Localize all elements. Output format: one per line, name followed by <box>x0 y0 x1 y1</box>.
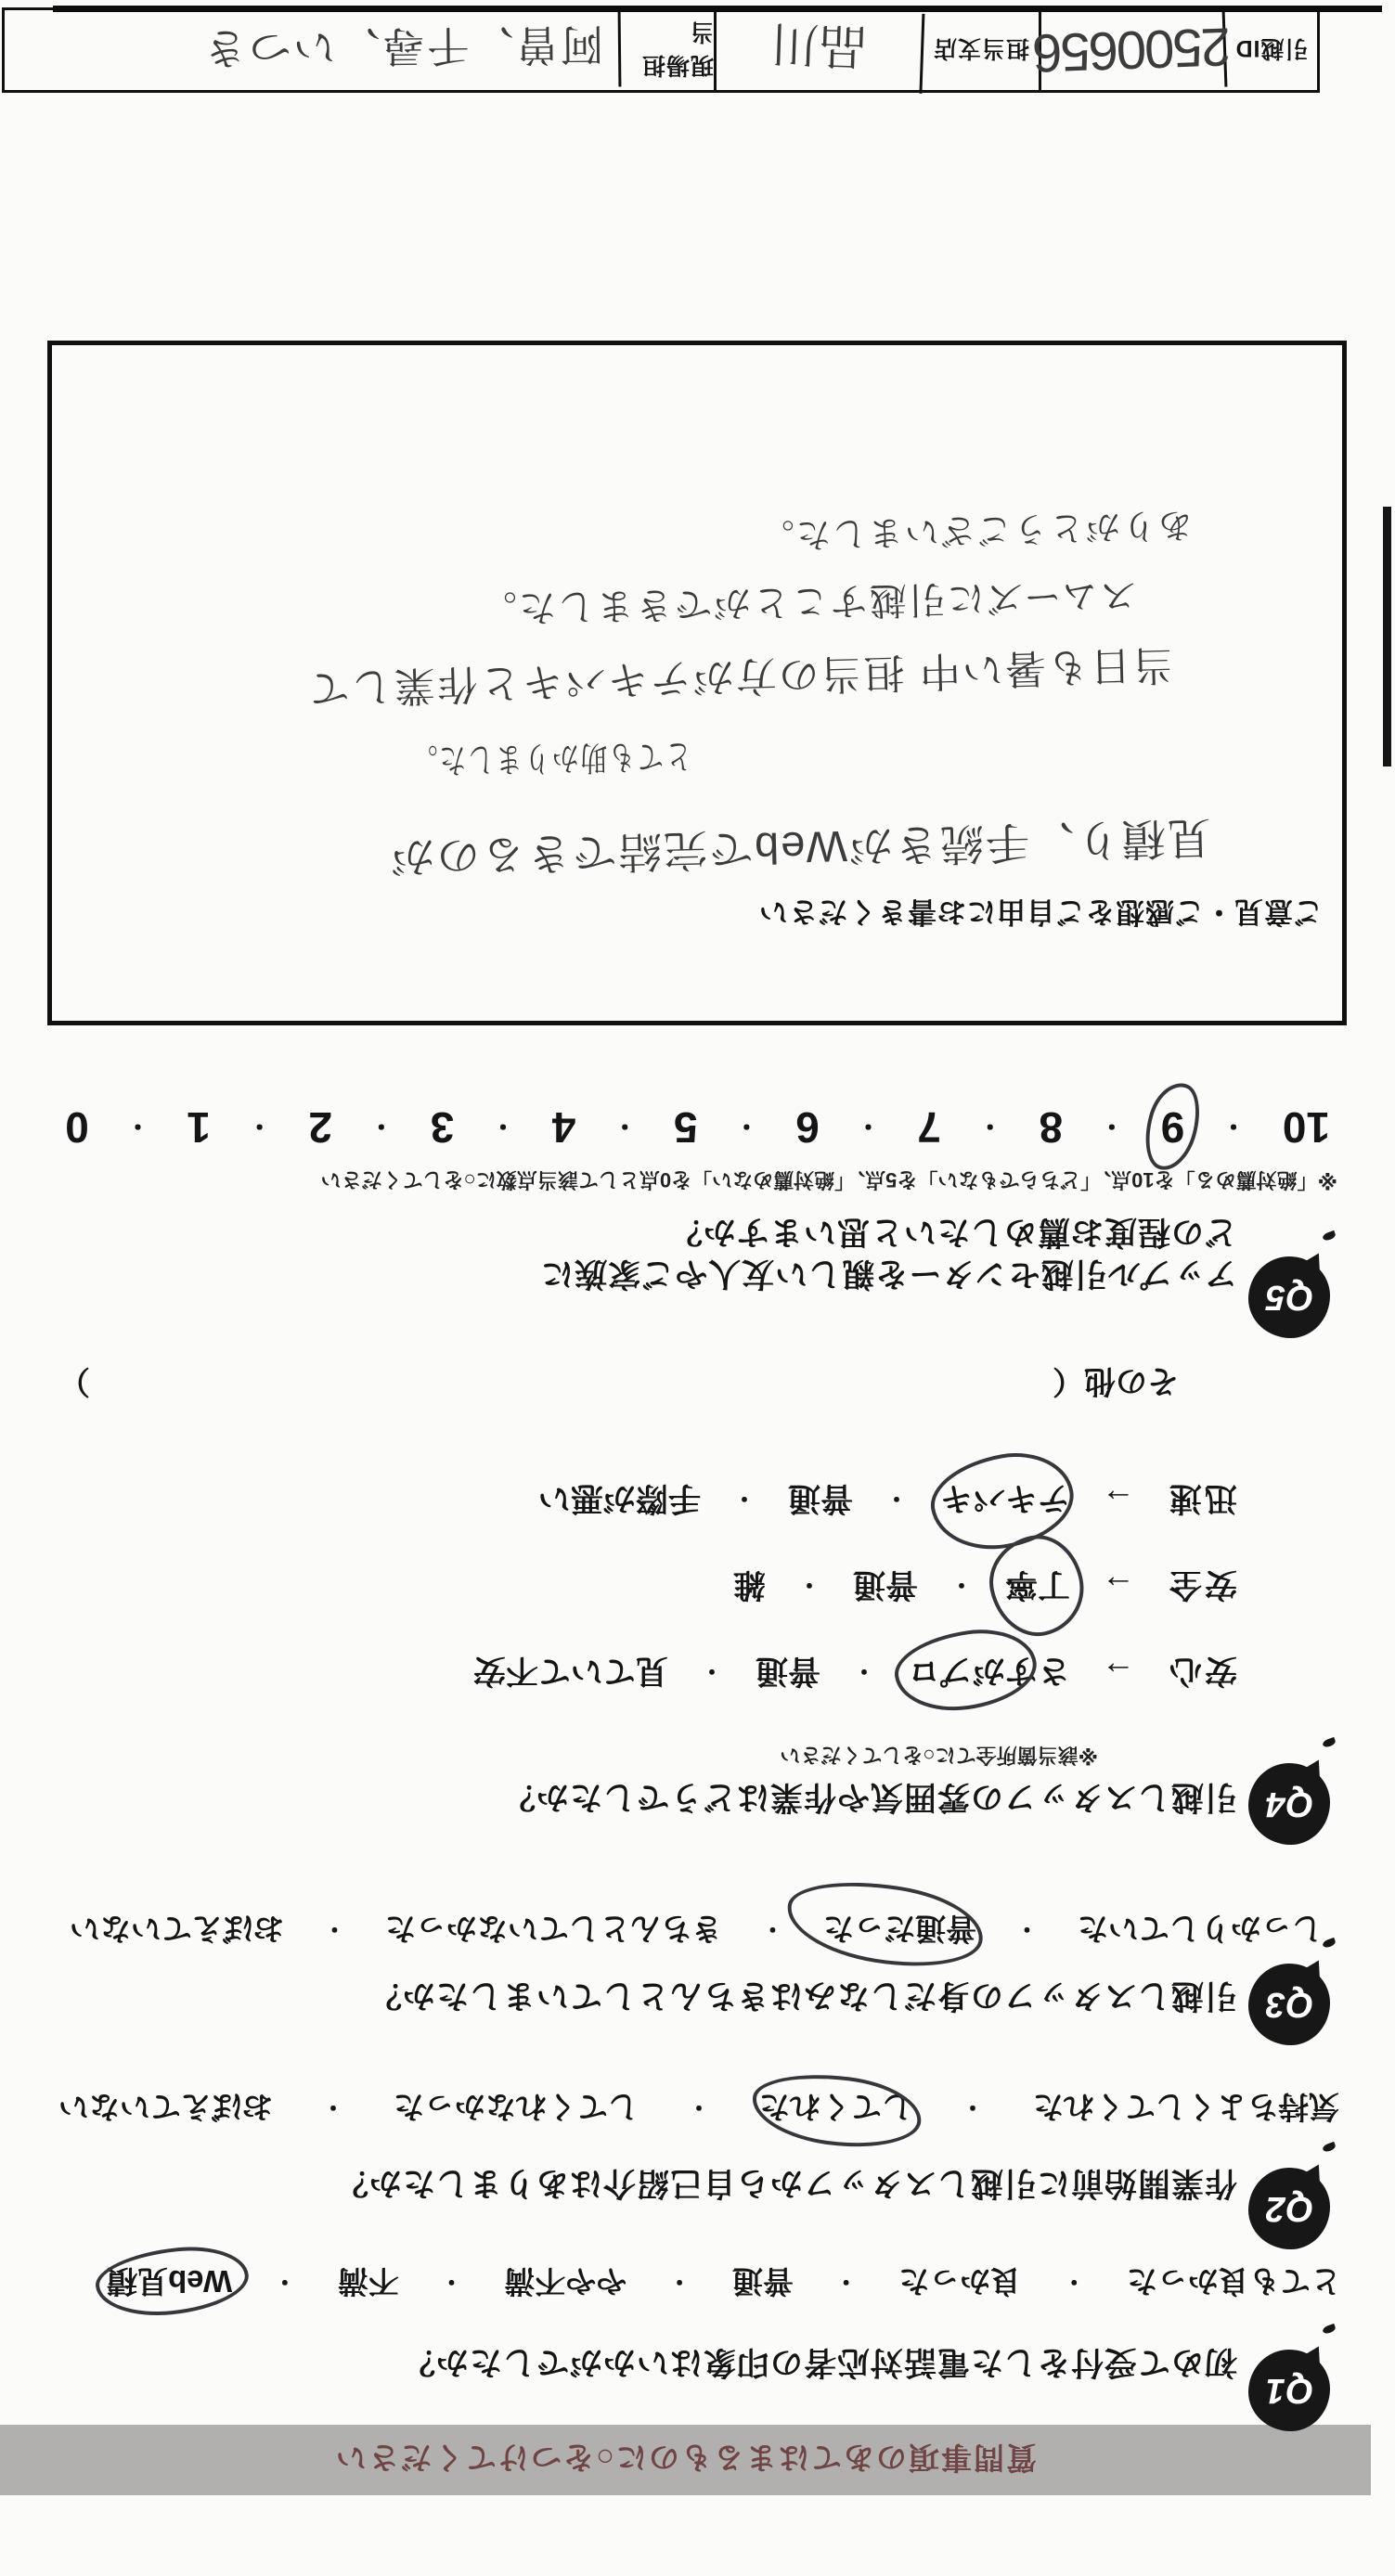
option-separator-icon: ・ <box>1099 1109 1125 1146</box>
option-separator-icon: ・ <box>321 2092 345 2126</box>
branch-label-cell: 担当支店 <box>924 10 1041 90</box>
scale-value: 1 <box>187 1102 211 1153</box>
option-separator-icon: ・ <box>733 1109 759 1146</box>
q4-row3-selected-option-circled: テキパキ <box>940 1477 1070 1524</box>
option-separator-icon: ・ <box>124 1109 150 1146</box>
option-separator-icon: ・ <box>1221 1109 1246 1146</box>
q4-row-anshin: 安心 → さすがプロ ・ 普通 ・ 見ていて不安 <box>473 1650 1237 1696</box>
q3-badge-label: Q3 <box>1265 1985 1314 2025</box>
q4-badge-label: Q4 <box>1265 1784 1314 1824</box>
arrow-right-icon: → <box>1102 1567 1135 1606</box>
option-separator-icon: ・ <box>949 1570 974 1604</box>
arrow-right-icon: → <box>1102 1481 1135 1520</box>
scale-value: 6 <box>795 1102 820 1153</box>
comment-box-header: ご意見・ご感想をご自由にお書きください <box>758 894 1323 935</box>
option-separator-icon: ・ <box>687 2092 711 2126</box>
q4-row-label: 迅速 <box>1167 1477 1237 1524</box>
scale-value: 10 <box>1283 1102 1330 1153</box>
q4-row3-option: 普通 <box>788 1477 853 1524</box>
q1-question-text: 初めて受付をした電話対応者の印象はいかがでしたか？ <box>402 2341 1237 2388</box>
q1-options-row: とても良かった ・ 良かった ・ 普通 ・ やや不満 ・ 不満 ・ Web見積 <box>107 2261 1341 2305</box>
q4-row1-selected-option-circled: さすがプロ <box>908 1650 1070 1696</box>
q4-question-text: 引越しスタッフの雰囲気や作業はどうでしたか？ <box>502 1776 1237 1823</box>
site-staff-label-cell: 現場担当 <box>621 10 717 90</box>
option-separator-icon: ・ <box>856 1109 882 1146</box>
scanned-survey-sheet: 質問事項のあてはまるものに○をつけてください Q1 初めて受付をした電話対応者の… <box>0 0 1395 2576</box>
q4-row2-option: 普通 <box>853 1564 918 1610</box>
q4-row-anzen: 安全 → 丁寧 ・ 普通 ・ 雑 <box>733 1564 1237 1610</box>
q1-option: 普通 <box>732 2261 794 2305</box>
branch-value-handwritten: 品川 <box>716 6 925 94</box>
option-separator-icon: ・ <box>247 1109 273 1146</box>
option-separator-icon: ・ <box>439 2266 463 2300</box>
option-separator-icon: ・ <box>1062 2266 1086 2300</box>
paren-open: （ <box>1053 1361 1084 1407</box>
move-id-value-handwritten: 2500656 <box>1040 7 1228 94</box>
q4-row1-option: 普通 <box>756 1650 820 1696</box>
q2-option: してくれなかった <box>394 2087 639 2131</box>
q2-badge-label: Q2 <box>1265 2189 1314 2229</box>
q5-question-line2: どの程度お薦めしたいと思いますか？ <box>669 1211 1237 1257</box>
q5-note: ※「絶対薦める」を10点、「どちらでもない」を5点、「絶対薦めない」を0点として… <box>321 1166 1337 1195</box>
q4-badge: Q4 <box>1248 1763 1330 1845</box>
q4-row2-option: 雑 <box>733 1564 766 1610</box>
scale-value: 4 <box>552 1102 576 1153</box>
q5-badge-label: Q5 <box>1265 1278 1314 1318</box>
handwritten-comment-line: 当日も暑い中 担当の方がテキパキと作業して <box>306 638 1175 722</box>
option-separator-icon: ・ <box>1015 1913 1040 1948</box>
q1-selected-option-circled: Web見積 <box>107 2261 232 2305</box>
q1-badge-label: Q1 <box>1265 2371 1314 2411</box>
q3-option: しっかりしていた <box>1078 1909 1323 1952</box>
q4-note: ※該当箇所全てに○をしてください <box>780 1742 1098 1771</box>
q2-option: おぼえていない <box>58 2087 273 2131</box>
q3-options-row: しっかりしていた ・ 普通だった ・ きちんとしていなかった ・ おぼえていない <box>70 1909 1323 1952</box>
option-separator-icon: ・ <box>612 1109 638 1146</box>
q2-badge: Q2 <box>1248 2168 1330 2249</box>
q2-selected-option-circled: してくれた <box>759 2087 912 2131</box>
q3-option: きちんとしていなかった <box>385 1909 722 1952</box>
option-separator-icon: ・ <box>273 2266 297 2300</box>
option-separator-icon: ・ <box>368 1109 394 1146</box>
handwritten-comment-line: 見積り、手続きがWebで完結できるのが <box>389 809 1212 892</box>
option-separator-icon: ・ <box>667 2266 691 2300</box>
option-separator-icon: ・ <box>797 1570 821 1604</box>
q4-other-label: その他 <box>1084 1361 1179 1407</box>
handwritten-comment-line: ありがとうございました。 <box>757 503 1193 564</box>
move-info-table: 引越ID 2500656 担当支店 品川 現場担当 阿曽、千尋、いつき <box>2 7 1320 93</box>
rotated-sheet-content: 質問事項のあてはまるものに○をつけてください Q1 初めて受付をした電話対応者の… <box>0 0 1395 2576</box>
q2-options-row: 気持ちよくしてくれた ・ してくれた ・ してくれなかった ・ おぼえていない <box>58 2087 1339 2131</box>
option-separator-icon: ・ <box>885 1484 909 1518</box>
q3-question-text: 引越しスタッフの身だしなみはきちんとしていましたか？ <box>368 1975 1237 2021</box>
scale-value: 0 <box>65 1102 89 1153</box>
option-separator-icon: ・ <box>323 1913 347 1948</box>
q4-row3-option: 手際が悪い <box>538 1477 701 1524</box>
q4-row-jinsoku: 迅速 → テキパキ ・ 普通 ・ 手際が悪い <box>538 1477 1237 1524</box>
scan-edge-artifact <box>1383 507 1391 766</box>
option-separator-icon: ・ <box>490 1109 516 1146</box>
option-separator-icon: ・ <box>852 1656 876 1691</box>
scale-value: 7 <box>917 1102 941 1153</box>
q1-badge: Q1 <box>1248 2350 1330 2431</box>
q1-option: とても良かった <box>1127 2261 1341 2305</box>
handwritten-comment-line: とても助かりました。 <box>409 734 692 789</box>
q3-option: おぼえていない <box>70 1909 284 1952</box>
q4-row2-selected-option-circled: 丁寧 <box>1005 1564 1070 1610</box>
option-separator-icon: ・ <box>700 1656 724 1691</box>
q1-option: やや不満 <box>504 2261 626 2305</box>
scale-value: 5 <box>674 1102 698 1153</box>
option-separator-icon: ・ <box>732 1484 756 1518</box>
site-staff-value-handwritten: 阿曽、千尋、いつき <box>5 7 622 94</box>
bottom-rule-line <box>53 6 1382 12</box>
q4-row-label: 安心 <box>1167 1650 1237 1696</box>
option-separator-icon: ・ <box>977 1109 1003 1146</box>
scale-selected-value-circled: 9 <box>1161 1102 1185 1153</box>
scale-value: 3 <box>431 1102 455 1153</box>
q4-row-label: 安全 <box>1167 1564 1237 1610</box>
paren-close: ） <box>58 1361 90 1407</box>
q1-option: 良かった <box>898 2261 1021 2305</box>
q2-option: 気持ちよくしてくれた <box>1033 2087 1339 2131</box>
scale-value: 8 <box>1039 1102 1063 1153</box>
comment-box: ご意見・ご感想をご自由にお書きください 見積り、手続きがWebで完結できるのが … <box>47 341 1347 1025</box>
q5-question-line1: アップル引越センターを親しい友人やご家族に <box>540 1253 1237 1299</box>
arrow-right-icon: → <box>1102 1654 1135 1693</box>
q4-other-row: その他 （ ） <box>58 1361 1179 1407</box>
q1-option: 不満 <box>338 2261 399 2305</box>
option-separator-icon: ・ <box>834 2266 859 2300</box>
instruction-bar: 質問事項のあてはまるものに○をつけてください <box>0 2425 1371 2495</box>
handwritten-comment-line: スムーズに引越すことができました。 <box>477 572 1137 638</box>
instruction-text: 質問事項のあてはまるものに○をつけてください <box>334 2439 1037 2482</box>
option-separator-icon: ・ <box>761 1913 785 1948</box>
q3-selected-option-circled: 普通だった <box>823 1909 976 1952</box>
q5-score-scale: 10 ・ 9 ・ 8 ・ 7 ・ 6 ・ 5 ・ 4 ・ 3 ・ 2 ・ 1 ・… <box>65 1102 1330 1153</box>
q3-badge: Q3 <box>1248 1964 1330 2045</box>
q5-badge: Q5 <box>1248 1256 1330 1338</box>
move-id-label-cell: 引越ID <box>1226 10 1317 90</box>
option-separator-icon: ・ <box>961 2092 985 2126</box>
q2-question-text: 作業開始前に引越しスタッフから自己紹介はありましたか？ <box>335 2162 1237 2209</box>
q4-row1-option: 見ていて不安 <box>473 1650 668 1696</box>
scale-value: 2 <box>308 1102 332 1153</box>
